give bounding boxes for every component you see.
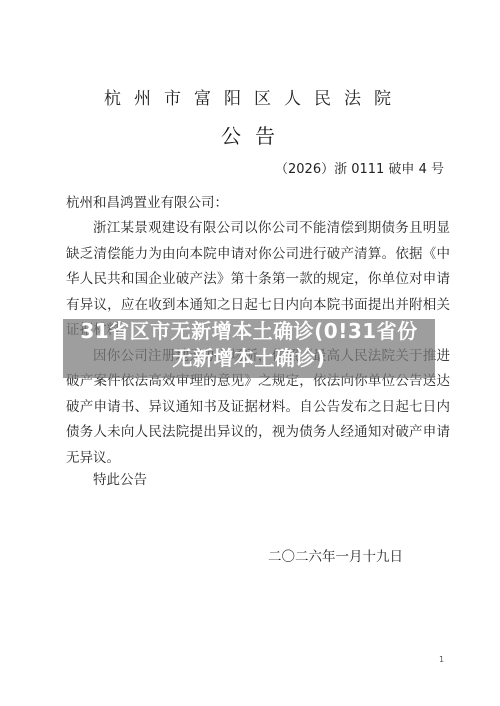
page-number: 1 xyxy=(439,655,444,664)
case-number: （2026）浙 0111 破申 4 号 xyxy=(275,158,444,177)
document-title: 公告 xyxy=(0,120,500,149)
document-page: 杭州市富阳区人民法院 公告 （2026）浙 0111 破申 4 号 杭州和昌鸿置… xyxy=(0,0,500,706)
closing-statement: 特此公告 xyxy=(93,468,147,488)
headline-line-1: 31省区市无新增本土确诊(0!31省份 xyxy=(63,318,435,345)
headline-line-2: 无新增本土确诊) xyxy=(63,345,435,372)
signature-date: 二〇二六年一月十九日 xyxy=(268,545,403,565)
addressee: 杭州和昌鸿置业有限公司： xyxy=(66,191,450,217)
headline-overlay-text: 31省区市无新增本土确诊(0!31省份 无新增本土确诊) xyxy=(63,318,435,372)
court-name: 杭州市富阳区人民法院 xyxy=(0,84,500,109)
